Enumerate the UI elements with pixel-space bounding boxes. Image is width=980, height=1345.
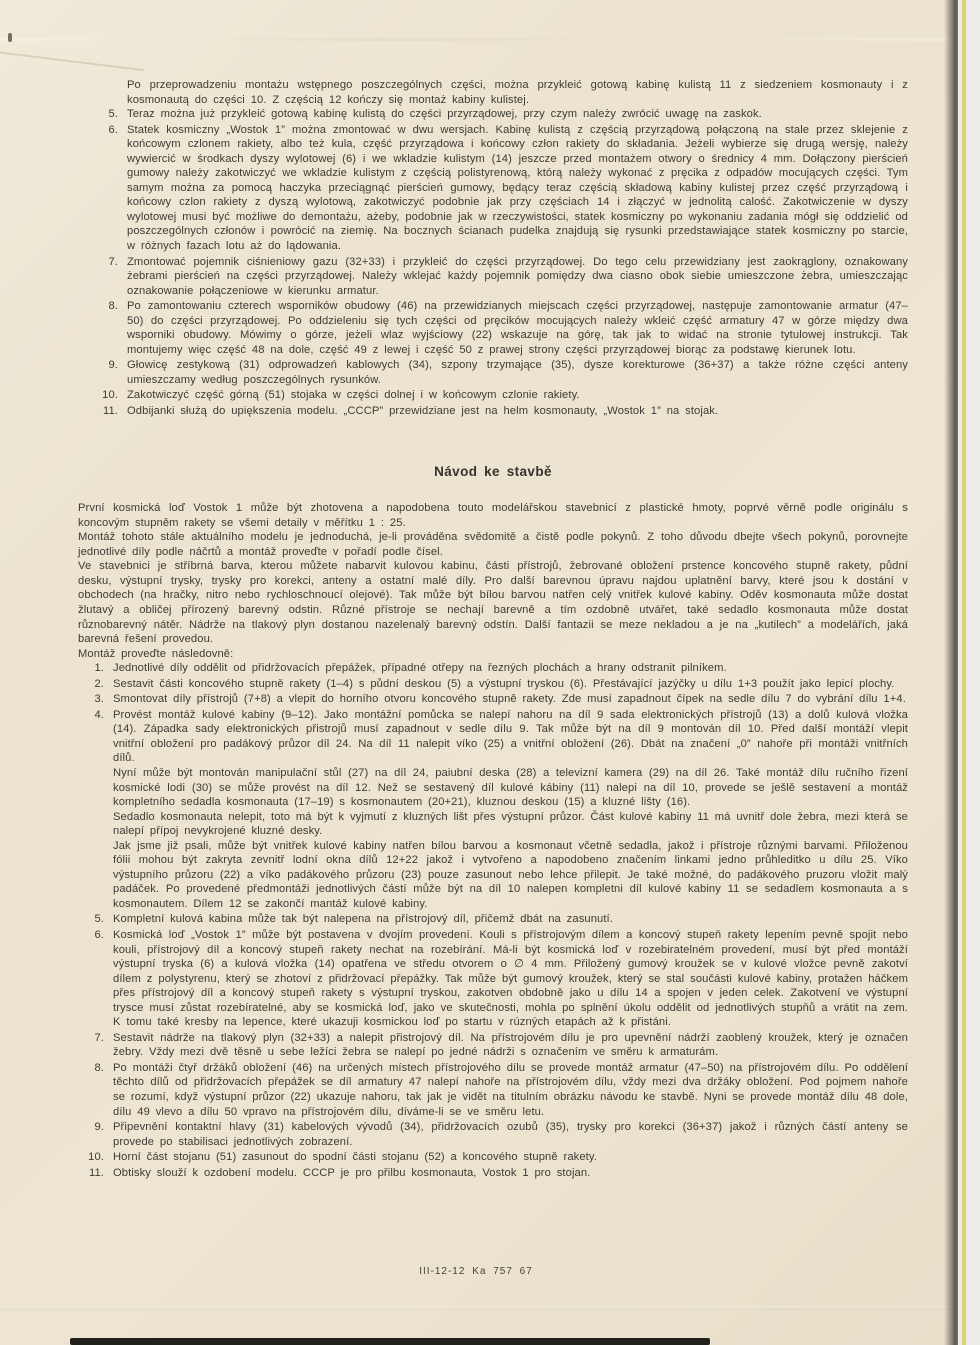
- item-text: Jednotlivé díly oddělit od přidržovacích…: [113, 661, 908, 676]
- item-number: 5.: [92, 107, 118, 122]
- item-text: Obtisky slouží k ozdobení modelu. CCCP j…: [113, 1166, 908, 1181]
- item-number: 9.: [78, 1120, 104, 1149]
- paper-crease-corner: [0, 51, 144, 71]
- item-number: 3.: [78, 692, 104, 707]
- item-text: Po montáži čtyř držáků obložení (46) na …: [113, 1061, 908, 1119]
- item-text: Sestavit nádrže na tlakový plyn (32+33) …: [113, 1031, 908, 1060]
- czech-intro-paragraph: Montáž tohoto stále aktuálního modelu je…: [78, 530, 908, 559]
- section-heading: Návod ke stavbě: [78, 465, 908, 480]
- list-item: 11. Obtisky slouží k ozdobení modelu. CC…: [78, 1166, 908, 1181]
- paper-edge-yellow-line: [962, 0, 966, 1345]
- paper-crease-top: [0, 38, 952, 41]
- item-text: Provést montáž kulové kabiny (9–12). Jak…: [113, 708, 908, 912]
- list-item: 4. Provést montáž kulové kabiny (9–12). …: [78, 708, 908, 912]
- item-number: 8.: [78, 1061, 104, 1119]
- czech-section: Návod ke stavbě První kosmická loď Vosto…: [78, 465, 908, 1181]
- paper-crease-bottom: [0, 1306, 952, 1310]
- czech-intro-paragraph: První kosmická loď Vostok 1 může být zho…: [78, 501, 908, 530]
- item-number: 4.: [78, 708, 104, 912]
- list-item: 2. Sestavit části koncového stupně raket…: [78, 677, 908, 692]
- item-text: Smontovat díly přístrojů (7+8) a vlepit …: [113, 692, 908, 707]
- paper-right-edge-shadow: [944, 0, 958, 1345]
- polish-section: Po przeprowadzeniu montażu wstępnego pos…: [92, 78, 908, 419]
- scanned-page: Po przeprowadzeniu montażu wstępnego pos…: [0, 0, 952, 1345]
- list-item: 5. Teraz można już przykleić gotową kabi…: [92, 107, 908, 122]
- item-text: Teraz można już przykleić gotową kabinę …: [127, 107, 908, 122]
- list-item: 3. Smontovat díly přístrojů (7+8) a vlep…: [78, 692, 908, 707]
- item-number: 10.: [92, 388, 118, 403]
- paper-speck: [8, 33, 12, 42]
- item-text: Sestavit části koncového stupně rakety (…: [113, 677, 908, 692]
- list-item: 6. Statek kosmiczny „Wostok 1” można zmo…: [92, 123, 908, 254]
- page-content: Po przeprowadzeniu montażu wstępnego pos…: [92, 78, 908, 1181]
- polish-intro-paragraph: Po przeprowadzeniu montażu wstępnego pos…: [127, 78, 908, 107]
- item-text: Zakotwiczyć część górną (51) stojaka w c…: [127, 388, 908, 403]
- list-item: 11. Odbijanki służą do upiększenia model…: [92, 404, 908, 419]
- item-number: 7.: [78, 1031, 104, 1060]
- item-number: 6.: [78, 928, 104, 1030]
- item-number: 6.: [92, 123, 118, 254]
- list-item: 9. Připevnění kontaktní hlavy (31) kabel…: [78, 1120, 908, 1149]
- list-item: 10. Zakotwiczyć część górną (51) stojaka…: [92, 388, 908, 403]
- item-text: Po zamontowaniu czterech wsporników obud…: [127, 299, 908, 357]
- item-text: Statek kosmiczny „Wostok 1” można zmonto…: [127, 123, 908, 254]
- list-item: 9. Głowicę zestykową (31) odprowadzeń ka…: [92, 358, 908, 387]
- czech-intro-lead: Montáž proveďte následovně:: [78, 647, 908, 662]
- czech-intro-paragraph: Ve stavebnici je stříbrná barva, kterou …: [78, 559, 908, 646]
- item-number: 11.: [92, 404, 118, 419]
- print-code: III-12-12 Ka 757 67: [0, 1266, 952, 1277]
- item-text: Zmontować pojemnik ciśnieniowy gazu (32+…: [127, 255, 908, 299]
- item-number: 11.: [78, 1166, 104, 1181]
- item-number: 1.: [78, 661, 104, 676]
- item-text: Připevnění kontaktní hlavy (31) kabelový…: [113, 1120, 908, 1149]
- item-text: Kompletní kulová kabina může tak být nal…: [113, 912, 908, 927]
- item-number: 7.: [92, 255, 118, 299]
- item-number: 9.: [92, 358, 118, 387]
- list-item: 6. Kosmická loď „Vostok 1” může být post…: [78, 928, 908, 1030]
- item-text: Horní část stojanu (51) zasunout do spod…: [113, 1150, 908, 1165]
- list-item: 8. Po montáži čtyř držáků obložení (46) …: [78, 1061, 908, 1119]
- item-text: Głowicę zestykową (31) odprowadzeń kablo…: [127, 358, 908, 387]
- list-item: 7. Zmontować pojemnik ciśnieniowy gazu (…: [92, 255, 908, 299]
- item-text: Odbijanki służą do upiększenia modelu. „…: [127, 404, 908, 419]
- list-item: 5. Kompletní kulová kabina může tak být …: [78, 912, 908, 927]
- list-item: 10. Horní část stojanu (51) zasunout do …: [78, 1150, 908, 1165]
- list-item: 7. Sestavit nádrže na tlakový plyn (32+3…: [78, 1031, 908, 1060]
- item-text: Kosmická loď „Vostok 1” může být postave…: [113, 928, 908, 1030]
- list-item: 8. Po zamontowaniu czterech wsporników o…: [92, 299, 908, 357]
- item-number: 10.: [78, 1150, 104, 1165]
- item-number: 8.: [92, 299, 118, 357]
- item-number: 5.: [78, 912, 104, 927]
- scan-bottom-dark-strip: [70, 1338, 710, 1345]
- list-item: 1. Jednotlivé díly oddělit od přidržovac…: [78, 661, 908, 676]
- item-number: 2.: [78, 677, 104, 692]
